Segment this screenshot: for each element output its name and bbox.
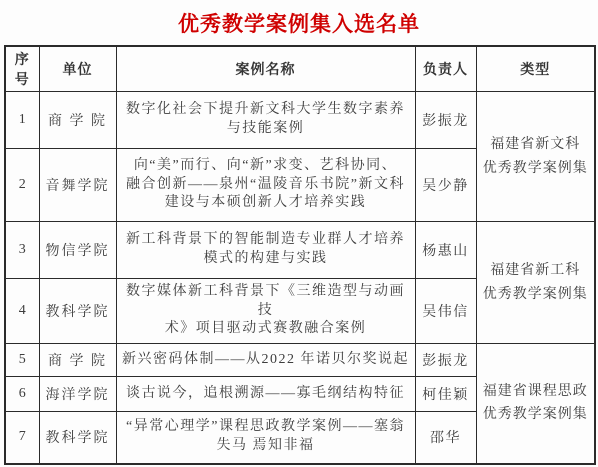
case-name-cell: 向“美”而行、向“新”求变、艺科协同、 融合创新——泉州“温陵音乐书院”新文科 … [116, 149, 415, 222]
person-cell: 吴少静 [415, 149, 476, 222]
row-number-cell: 3 [5, 222, 39, 279]
unit-cell: 商 学 院 [39, 92, 116, 149]
row-number-cell: 2 [5, 149, 39, 222]
header-row: 序号 单位 案例名称 负责人 类型 [5, 46, 595, 92]
header-no: 序号 [5, 46, 39, 92]
case-name-cell: 数字媒体新工科背景下《三维造型与动画技 术》项目驱动式赛教融合案例 [116, 279, 415, 344]
type-cell: 福建省新工科 优秀教学案例集 [476, 222, 595, 344]
page-title: 优秀教学案例集入选名单 [0, 8, 598, 38]
unit-cell: 教科学院 [39, 279, 116, 344]
header-person: 负责人 [415, 46, 476, 92]
unit-cell: 商 学 院 [39, 344, 116, 377]
header-case-name: 案例名称 [116, 46, 415, 92]
type-cell: 福建省课程思政 优秀教学案例集 [476, 344, 595, 464]
table-row: 1 商 学 院 数字化社会下提升新文科大学生数字素养 与技能案例 彭振龙 福建省… [5, 92, 595, 149]
unit-cell: 教科学院 [39, 412, 116, 464]
case-name-cell: 数字化社会下提升新文科大学生数字素养 与技能案例 [116, 92, 415, 149]
person-cell: 彭振龙 [415, 92, 476, 149]
person-cell: 彭振龙 [415, 344, 476, 377]
row-number-cell: 6 [5, 377, 39, 412]
person-cell: 柯佳颖 [415, 377, 476, 412]
type-cell: 福建省新文科 优秀教学案例集 [476, 92, 595, 222]
unit-cell: 海洋学院 [39, 377, 116, 412]
unit-cell: 物信学院 [39, 222, 116, 279]
row-number-cell: 1 [5, 92, 39, 149]
table-row: 3 物信学院 新工科背景下的智能制造专业群人才培养 模式的构建与实践 杨惠山 福… [5, 222, 595, 279]
unit-cell: 音舞学院 [39, 149, 116, 222]
header-type: 类型 [476, 46, 595, 92]
table-row: 5 商 学 院 新兴密码体制——从2022 年诺贝尔奖说起 彭振龙 福建省课程思… [5, 344, 595, 377]
row-number-cell: 5 [5, 344, 39, 377]
header-unit: 单位 [39, 46, 116, 92]
person-cell: 吴伟信 [415, 279, 476, 344]
selected-cases-table: 序号 单位 案例名称 负责人 类型 1 商 学 院 数字化社会下提升新文科大学生… [4, 45, 596, 465]
person-cell: 邵华 [415, 412, 476, 464]
row-number-cell: 4 [5, 279, 39, 344]
case-name-cell: “异常心理学”课程思政教学案例——塞翁 失马 焉知非福 [116, 412, 415, 464]
row-number-cell: 7 [5, 412, 39, 464]
case-name-cell: 新兴密码体制——从2022 年诺贝尔奖说起 [116, 344, 415, 377]
case-name-cell: 谈古说今，追根溯源——寡毛纲结构特征 [116, 377, 415, 412]
case-name-cell: 新工科背景下的智能制造专业群人才培养 模式的构建与实践 [116, 222, 415, 279]
person-cell: 杨惠山 [415, 222, 476, 279]
